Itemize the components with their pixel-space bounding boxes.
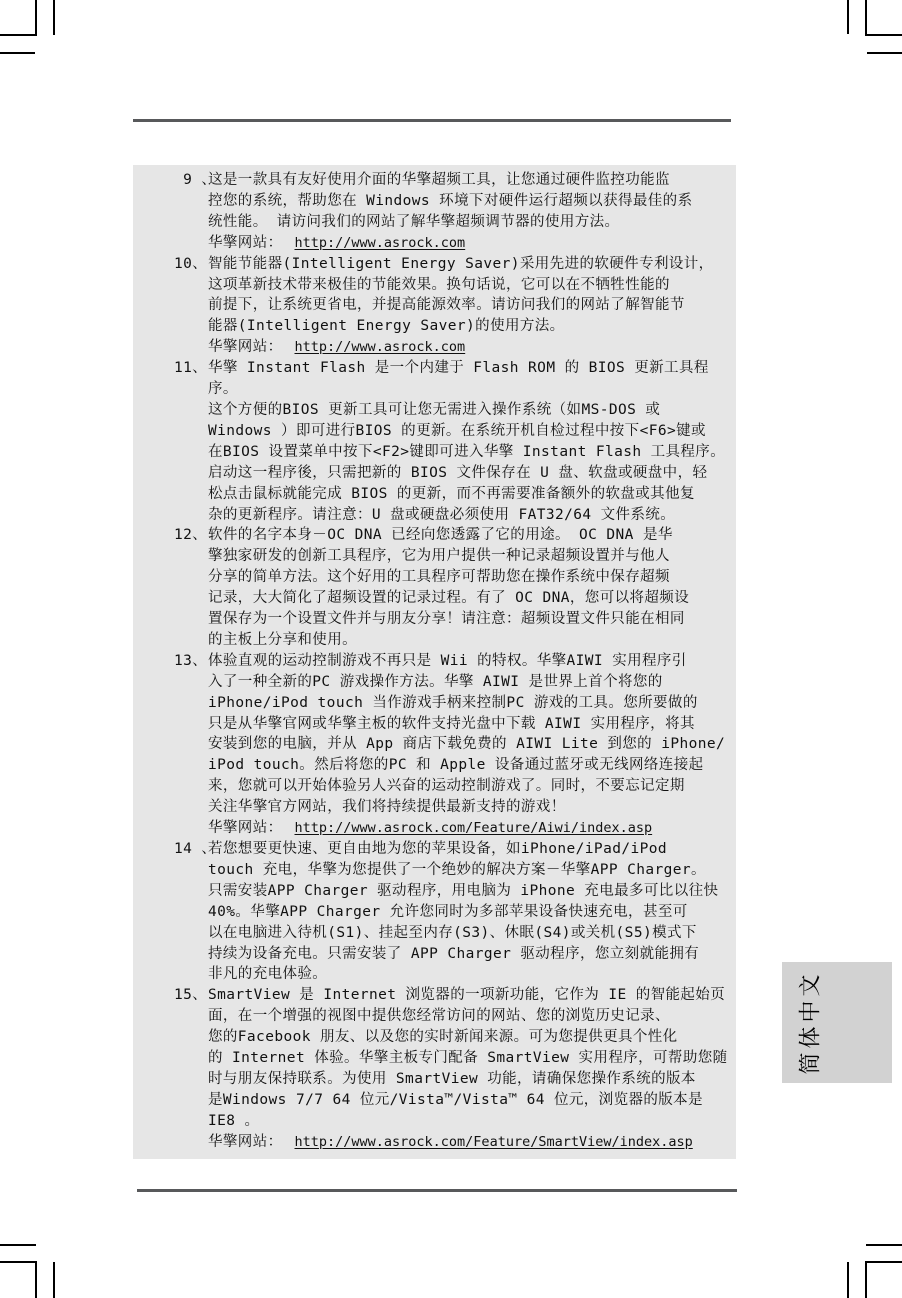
language-tab-simplified-chinese: 简体中文 xyxy=(782,962,892,1083)
website-link[interactable]: http://www.asrock.com/Feature/SmartView/… xyxy=(295,1134,693,1150)
item-number: 9 、 xyxy=(174,170,216,191)
header-rule xyxy=(133,119,731,122)
item-number: 10、 xyxy=(174,254,207,275)
list-item-9: 9 、 这是一款具有友好使用介面的华擎超频工具，让您通过硬件监控功能监 控您的系… xyxy=(133,170,736,254)
feature-list-panel: 9 、 这是一款具有友好使用介面的华擎超频工具，让您通过硬件监控功能监 控您的系… xyxy=(133,165,736,1159)
item-text: 这是一款具有友好使用介面的华擎超频工具，让您通过硬件监控功能监 控您的系统，帮助… xyxy=(208,170,735,233)
crop-mark-top-right xyxy=(847,0,849,34)
language-tab-label: 简体中文 xyxy=(793,970,824,1074)
manual-page: 9 、 这是一款具有友好使用介面的华擎超频工具，让您通过硬件监控功能监 控您的系… xyxy=(0,0,902,1298)
list-item-10: 10、 智能节能器(Intelligent Energy Saver)采用先进的… xyxy=(133,254,736,359)
list-item-11: 11、 华擎 Instant Flash 是一个内建于 Flash ROM 的 … xyxy=(133,358,736,525)
crop-mark-top-right xyxy=(867,52,902,54)
crop-mark-top-left xyxy=(0,52,35,54)
website-line: 华擎网站：http://www.asrock.com/Feature/Aiwi/… xyxy=(208,818,735,839)
item-number: 14 、 xyxy=(174,839,216,860)
list-item-14: 14 、 若您想要更快速、更自由地为您的苹果设备，如iPhone/iPad/iP… xyxy=(133,839,736,985)
item-text: 智能节能器(Intelligent Energy Saver)采用先进的软硬件专… xyxy=(208,254,735,338)
crop-mark-bottom-right xyxy=(865,1262,867,1298)
crop-mark-top-left xyxy=(53,0,55,35)
crop-mark-top-right xyxy=(865,34,902,36)
crop-mark-top-left xyxy=(0,34,37,36)
item-number: 15、 xyxy=(174,985,207,1006)
item-text: 若您想要更快速、更自由地为您的苹果设备，如iPhone/iPad/iPod to… xyxy=(208,839,735,985)
item-number: 13、 xyxy=(174,651,207,672)
list-item-12: 12、 软件的名字本身－OC DNA 已经向您透露了它的用途。 OC DNA 是… xyxy=(133,525,736,650)
website-link[interactable]: http://www.asrock.com xyxy=(295,339,466,355)
website-line: 华擎网站：http://www.asrock.com xyxy=(208,233,735,254)
crop-mark-bottom-left xyxy=(53,1262,55,1298)
item-text: SmartView 是 Internet 浏览器的一项新功能，它作为 IE 的智… xyxy=(208,985,735,1131)
crop-mark-top-right xyxy=(865,0,867,35)
website-label: 华擎网站： xyxy=(208,339,283,355)
item-text: 软件的名字本身－OC DNA 已经向您透露了它的用途。 OC DNA 是华 擎独… xyxy=(208,525,735,650)
item-text: 体验直观的运动控制游戏不再只是 Wii 的特权。华擎AIWI 实用程序引 入了一… xyxy=(208,651,735,818)
list-item-13: 13、 体验直观的运动控制游戏不再只是 Wii 的特权。华擎AIWI 实用程序引… xyxy=(133,651,736,839)
website-label: 华擎网站： xyxy=(208,1134,283,1150)
crop-mark-top-left xyxy=(35,0,37,34)
website-link[interactable]: http://www.asrock.com xyxy=(295,235,466,251)
crop-mark-bottom-right xyxy=(847,1262,849,1298)
item-number: 11、 xyxy=(174,358,207,379)
list-item-15: 15、 SmartView 是 Internet 浏览器的一项新功能，它作为 I… xyxy=(133,985,736,1152)
crop-mark-bottom-right xyxy=(866,1244,902,1246)
website-link[interactable]: http://www.asrock.com/Feature/Aiwi/index… xyxy=(295,820,653,836)
crop-mark-bottom-left xyxy=(0,1261,37,1263)
website-line: 华擎网站：http://www.asrock.com/Feature/Smart… xyxy=(208,1132,735,1153)
item-number: 12、 xyxy=(174,525,207,546)
website-label: 华擎网站： xyxy=(208,235,283,251)
item-text: 华擎 Instant Flash 是一个内建于 Flash ROM 的 BIOS… xyxy=(208,358,735,525)
crop-mark-bottom-right xyxy=(865,1261,902,1263)
footer-rule xyxy=(137,1189,737,1192)
crop-mark-bottom-left xyxy=(0,1244,36,1246)
website-line: 华擎网站：http://www.asrock.com xyxy=(208,337,735,358)
website-label: 华擎网站： xyxy=(208,820,283,836)
crop-mark-bottom-left xyxy=(35,1262,37,1298)
